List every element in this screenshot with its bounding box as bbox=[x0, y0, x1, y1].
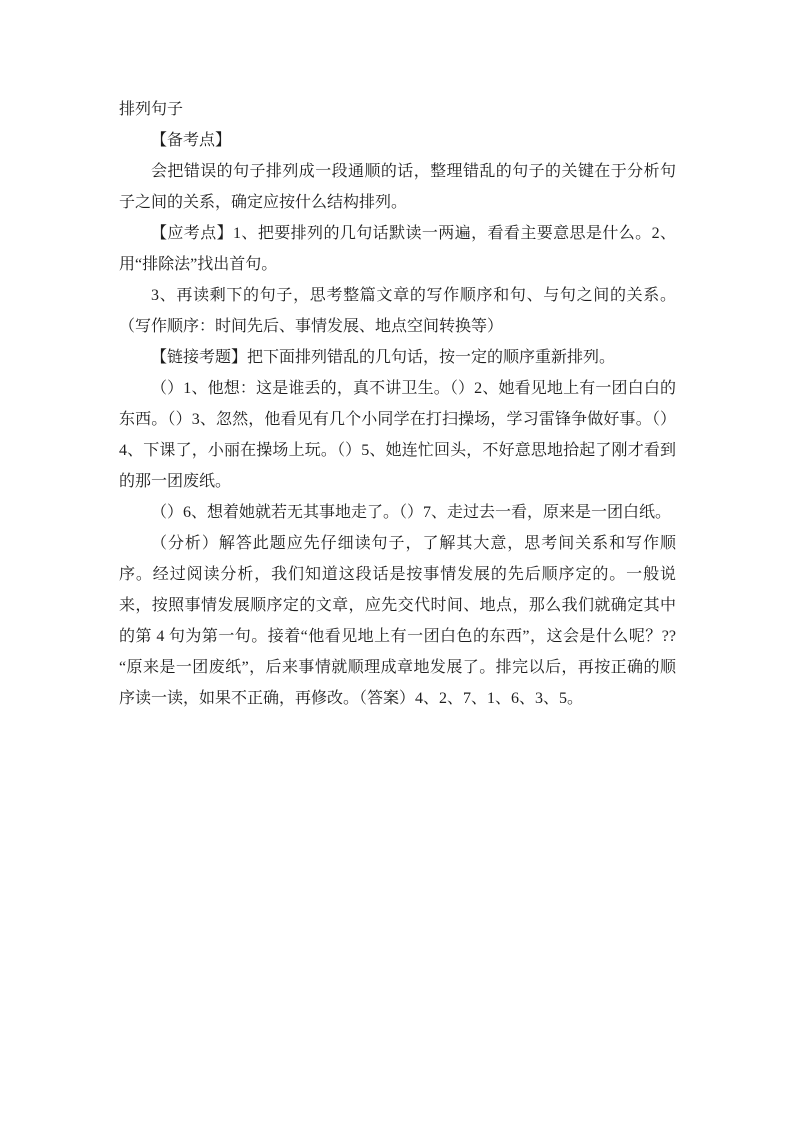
document-title: 排列句子 bbox=[119, 94, 676, 125]
paragraph-analysis-and-answer: （分析）解答此题应先仔细读句子，了解其大意，思考间关系和写作顺序。经过阅读分析，… bbox=[119, 528, 676, 714]
paragraph-beikaodian-body: 会把错误的句子排列成一段通顺的话，整理错乱的句子的关键在于分析句子之间的关系，确… bbox=[119, 156, 676, 218]
paragraph-lianjie-kaoti-prompt: 【链接考题】把下面排列错乱的几句话，按一定的顺序重新排列。 bbox=[119, 342, 676, 373]
paragraph-exercise-sentences-6-7: （）6、想着她就若无其事地走了。（）7、走过去一看，原来是一团白纸。 bbox=[119, 497, 676, 528]
paragraph-yingkaodian-steps-1-2: 【应考点】1、把要排列的几句话默读一两遍，看看主要意思是什么。2、用“排除法”找… bbox=[119, 218, 676, 280]
paragraph-exercise-sentences-1-5: （）1、他想：这是谁丢的，真不讲卫生。（）2、她看见地上有一团白白的东西。（）3… bbox=[119, 373, 676, 497]
document-page: { "page": { "width_px": 793, "height_px"… bbox=[0, 0, 793, 1122]
paragraph-step-3: 3、再读剩下的句子，思考整篇文章的写作顺序和句、与句之间的关系。（写作顺序：时间… bbox=[119, 280, 676, 342]
document-body: 排列句子 【备考点】 会把错误的句子排列成一段通顺的话，整理错乱的句子的关键在于… bbox=[119, 94, 676, 714]
heading-beikaodian: 【备考点】 bbox=[119, 125, 676, 156]
